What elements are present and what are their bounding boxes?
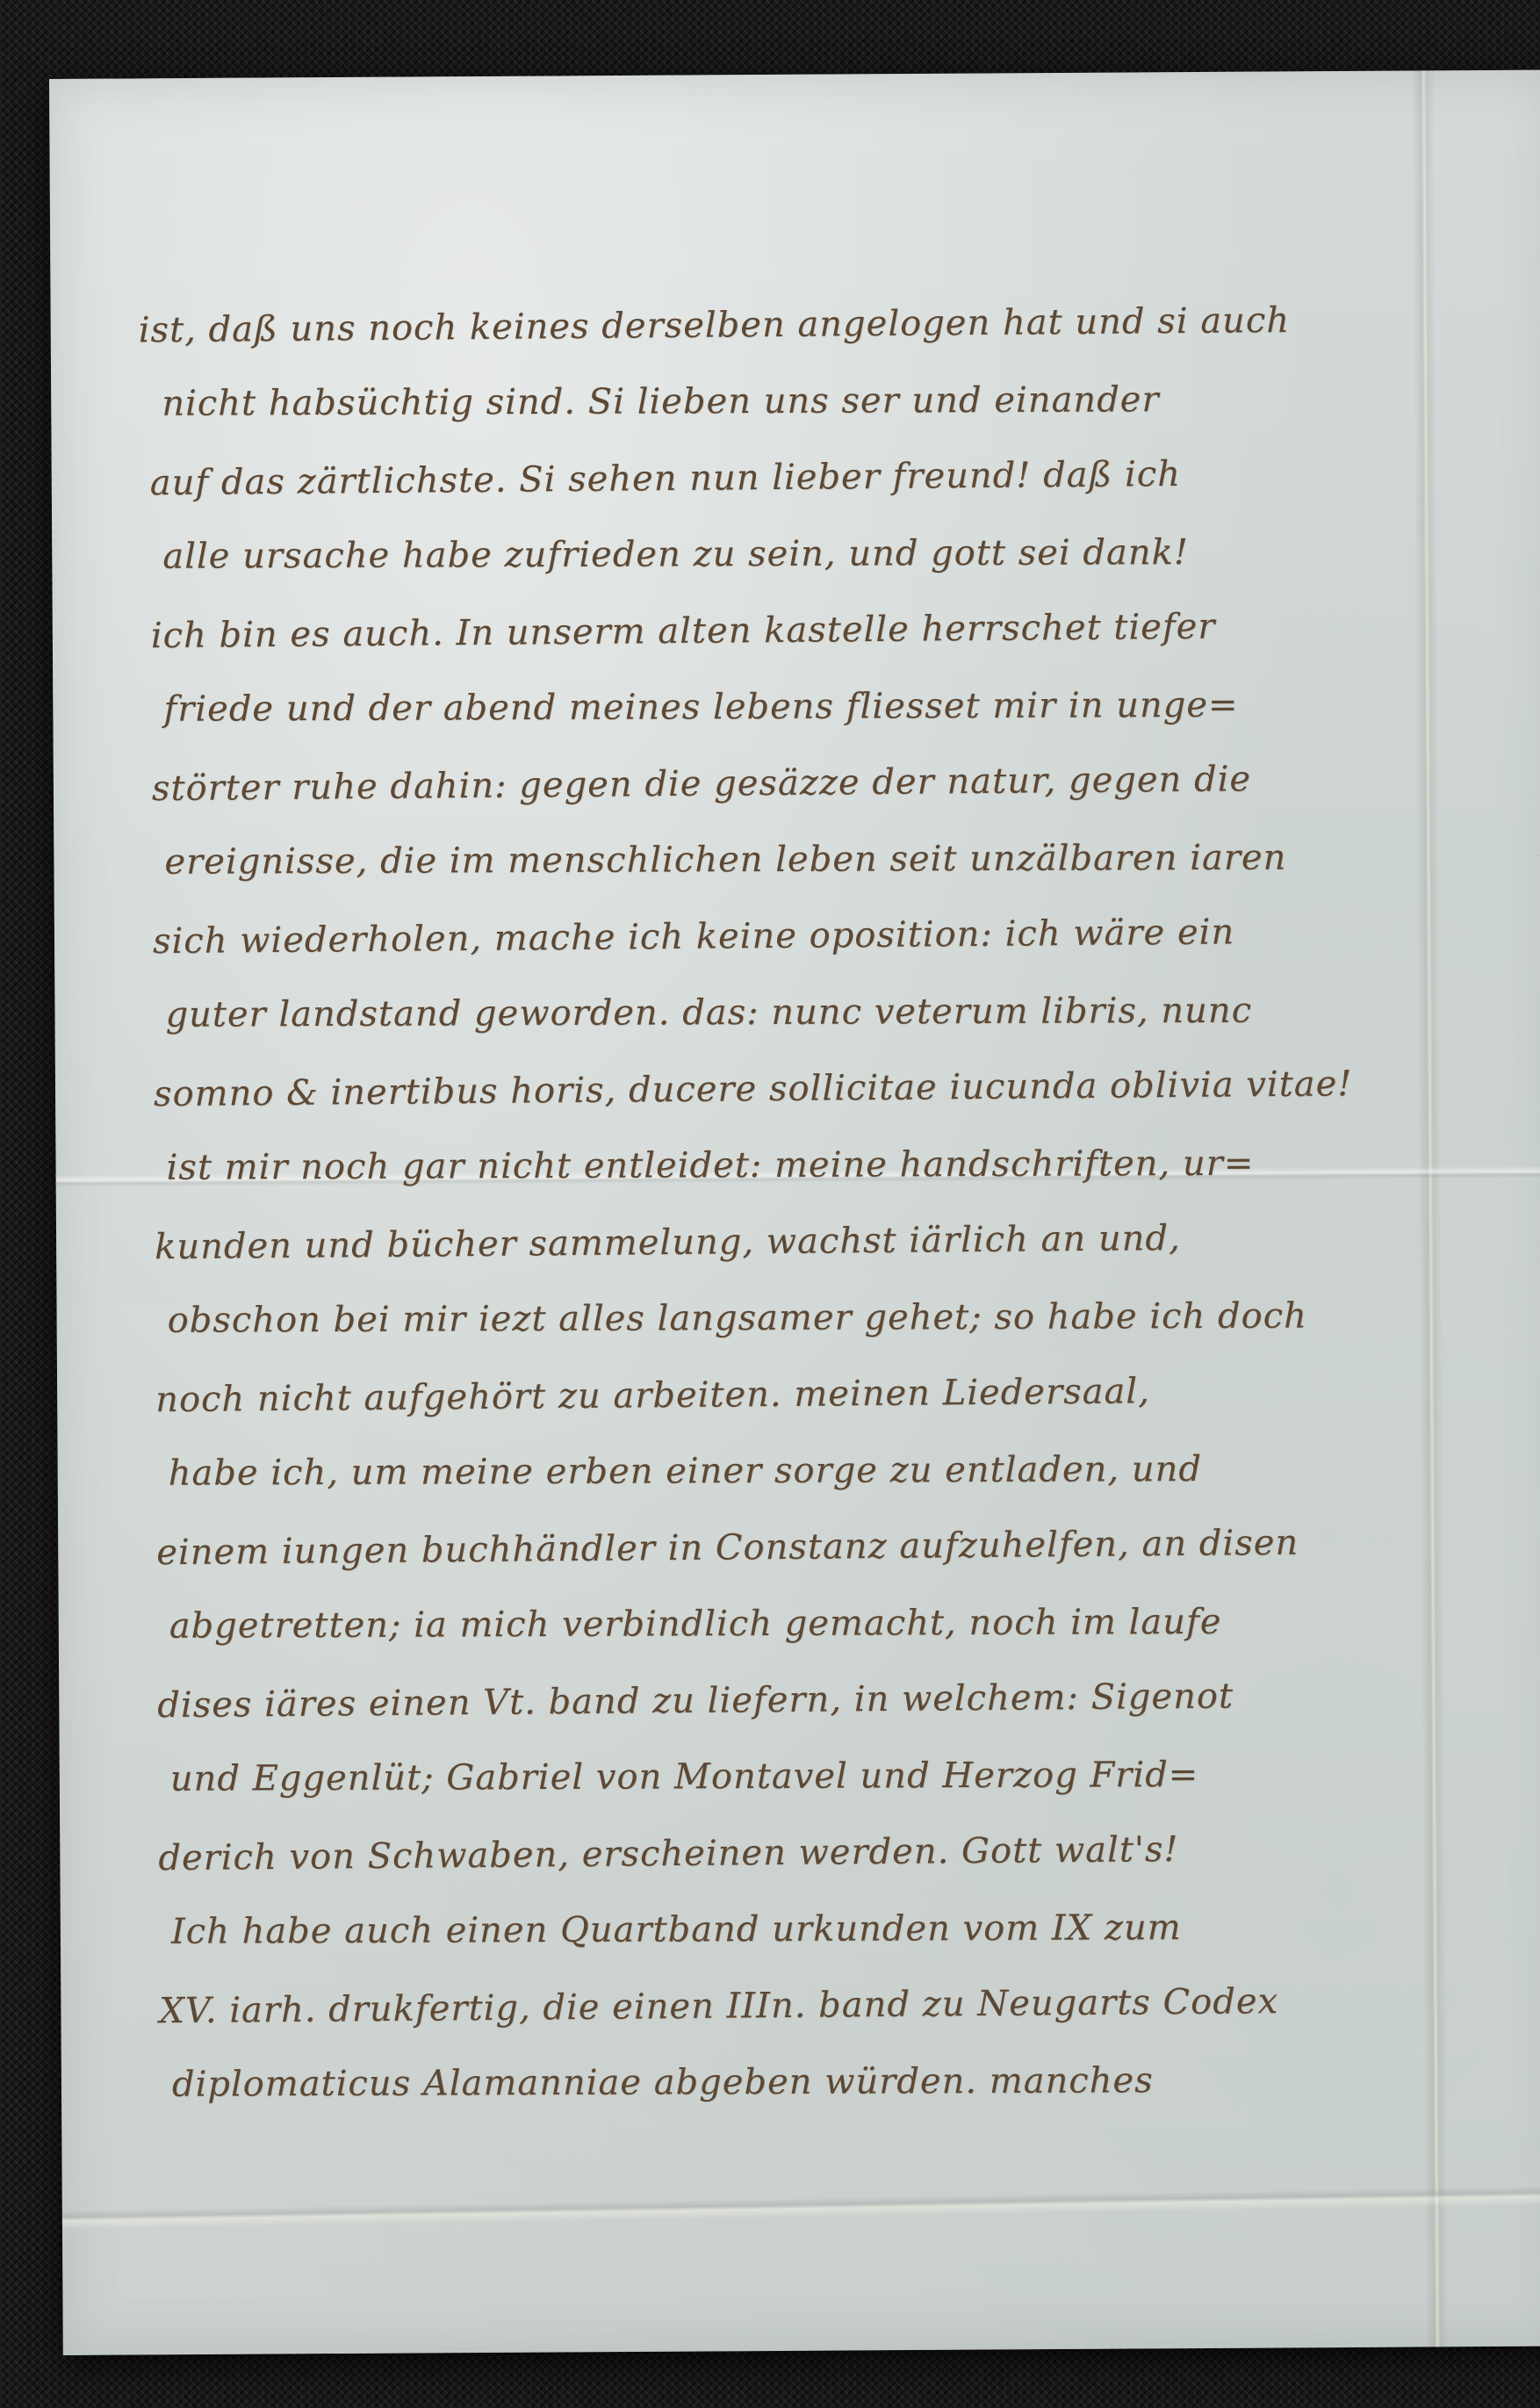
photo-background: ist, daß uns noch keines derselben angel… bbox=[0, 0, 1540, 2408]
ink-mark-right-edge bbox=[1534, 816, 1540, 858]
manuscript-line: abgetretten; ia mich verbindlich gemacht… bbox=[157, 1583, 1421, 1665]
manuscript-line: ich bin es auch. In unserm alten kastell… bbox=[151, 588, 1416, 675]
manuscript-line: ist, daß uns noch keines derselben angel… bbox=[138, 282, 1414, 370]
letter-page: ist, daß uns noch keines derselben angel… bbox=[49, 70, 1540, 2355]
manuscript-line: dises iäres einen Vt. band zu liefern, i… bbox=[157, 1657, 1422, 1745]
manuscript-line: habe ich, um meine erben einer sorge zu … bbox=[156, 1431, 1421, 1512]
manuscript-line: somno & inertibus horis, ducere sollicit… bbox=[154, 1046, 1419, 1134]
manuscript-line: alle ursache habe zufrieden zu sein, und… bbox=[150, 514, 1414, 595]
manuscript-line: XV. iarh. drukfertig, die einen IIIn. ba… bbox=[159, 1963, 1424, 2051]
manuscript-line: ereignisse, die im menschlichen leben se… bbox=[152, 819, 1416, 901]
manuscript-line: kunden und bücher sammelung, wachst iärl… bbox=[155, 1199, 1420, 1287]
manuscript-line: sich wiederholen, mache ich keine oposit… bbox=[153, 893, 1418, 981]
fold-crease-horizontal-lower bbox=[62, 2186, 1540, 2230]
manuscript-line: auf das zärtlichste. Si sehen nun lieber… bbox=[149, 435, 1414, 523]
manuscript-line: diplomaticus Alamanniae abgeben würden. … bbox=[160, 2042, 1424, 2123]
manuscript-line: Ich habe auch einen Quartband urkunden v… bbox=[159, 1889, 1423, 1971]
manuscript-line: und Eggenlüt; Gabriel von Montavel und H… bbox=[158, 1736, 1422, 1818]
manuscript-line: friede und der abend meines lebens flies… bbox=[151, 667, 1415, 748]
manuscript-line: einem iungen buchhändler in Constanz auf… bbox=[156, 1504, 1421, 1592]
manuscript-line: guter landstand geworden. das: nunc vete… bbox=[153, 972, 1417, 1054]
manuscript-line: obschon bei mir iezt alles langsamer geh… bbox=[155, 1278, 1419, 1359]
manuscript-line: derich von Schwaben, erscheinen werden. … bbox=[158, 1810, 1423, 1898]
manuscript-line: störter ruhe dahin: gegen die gesäzze de… bbox=[152, 740, 1417, 828]
manuscript-text: ist, daß uns noch keines derselben angel… bbox=[148, 284, 1424, 2125]
manuscript-line: nicht habsüchtig sind. Si lieben uns ser… bbox=[149, 361, 1414, 443]
manuscript-line: noch nicht aufgehört zu arbeiten. meinen… bbox=[155, 1352, 1421, 1439]
manuscript-line: ist mir noch gar nicht entleidet: meine … bbox=[154, 1125, 1418, 1207]
